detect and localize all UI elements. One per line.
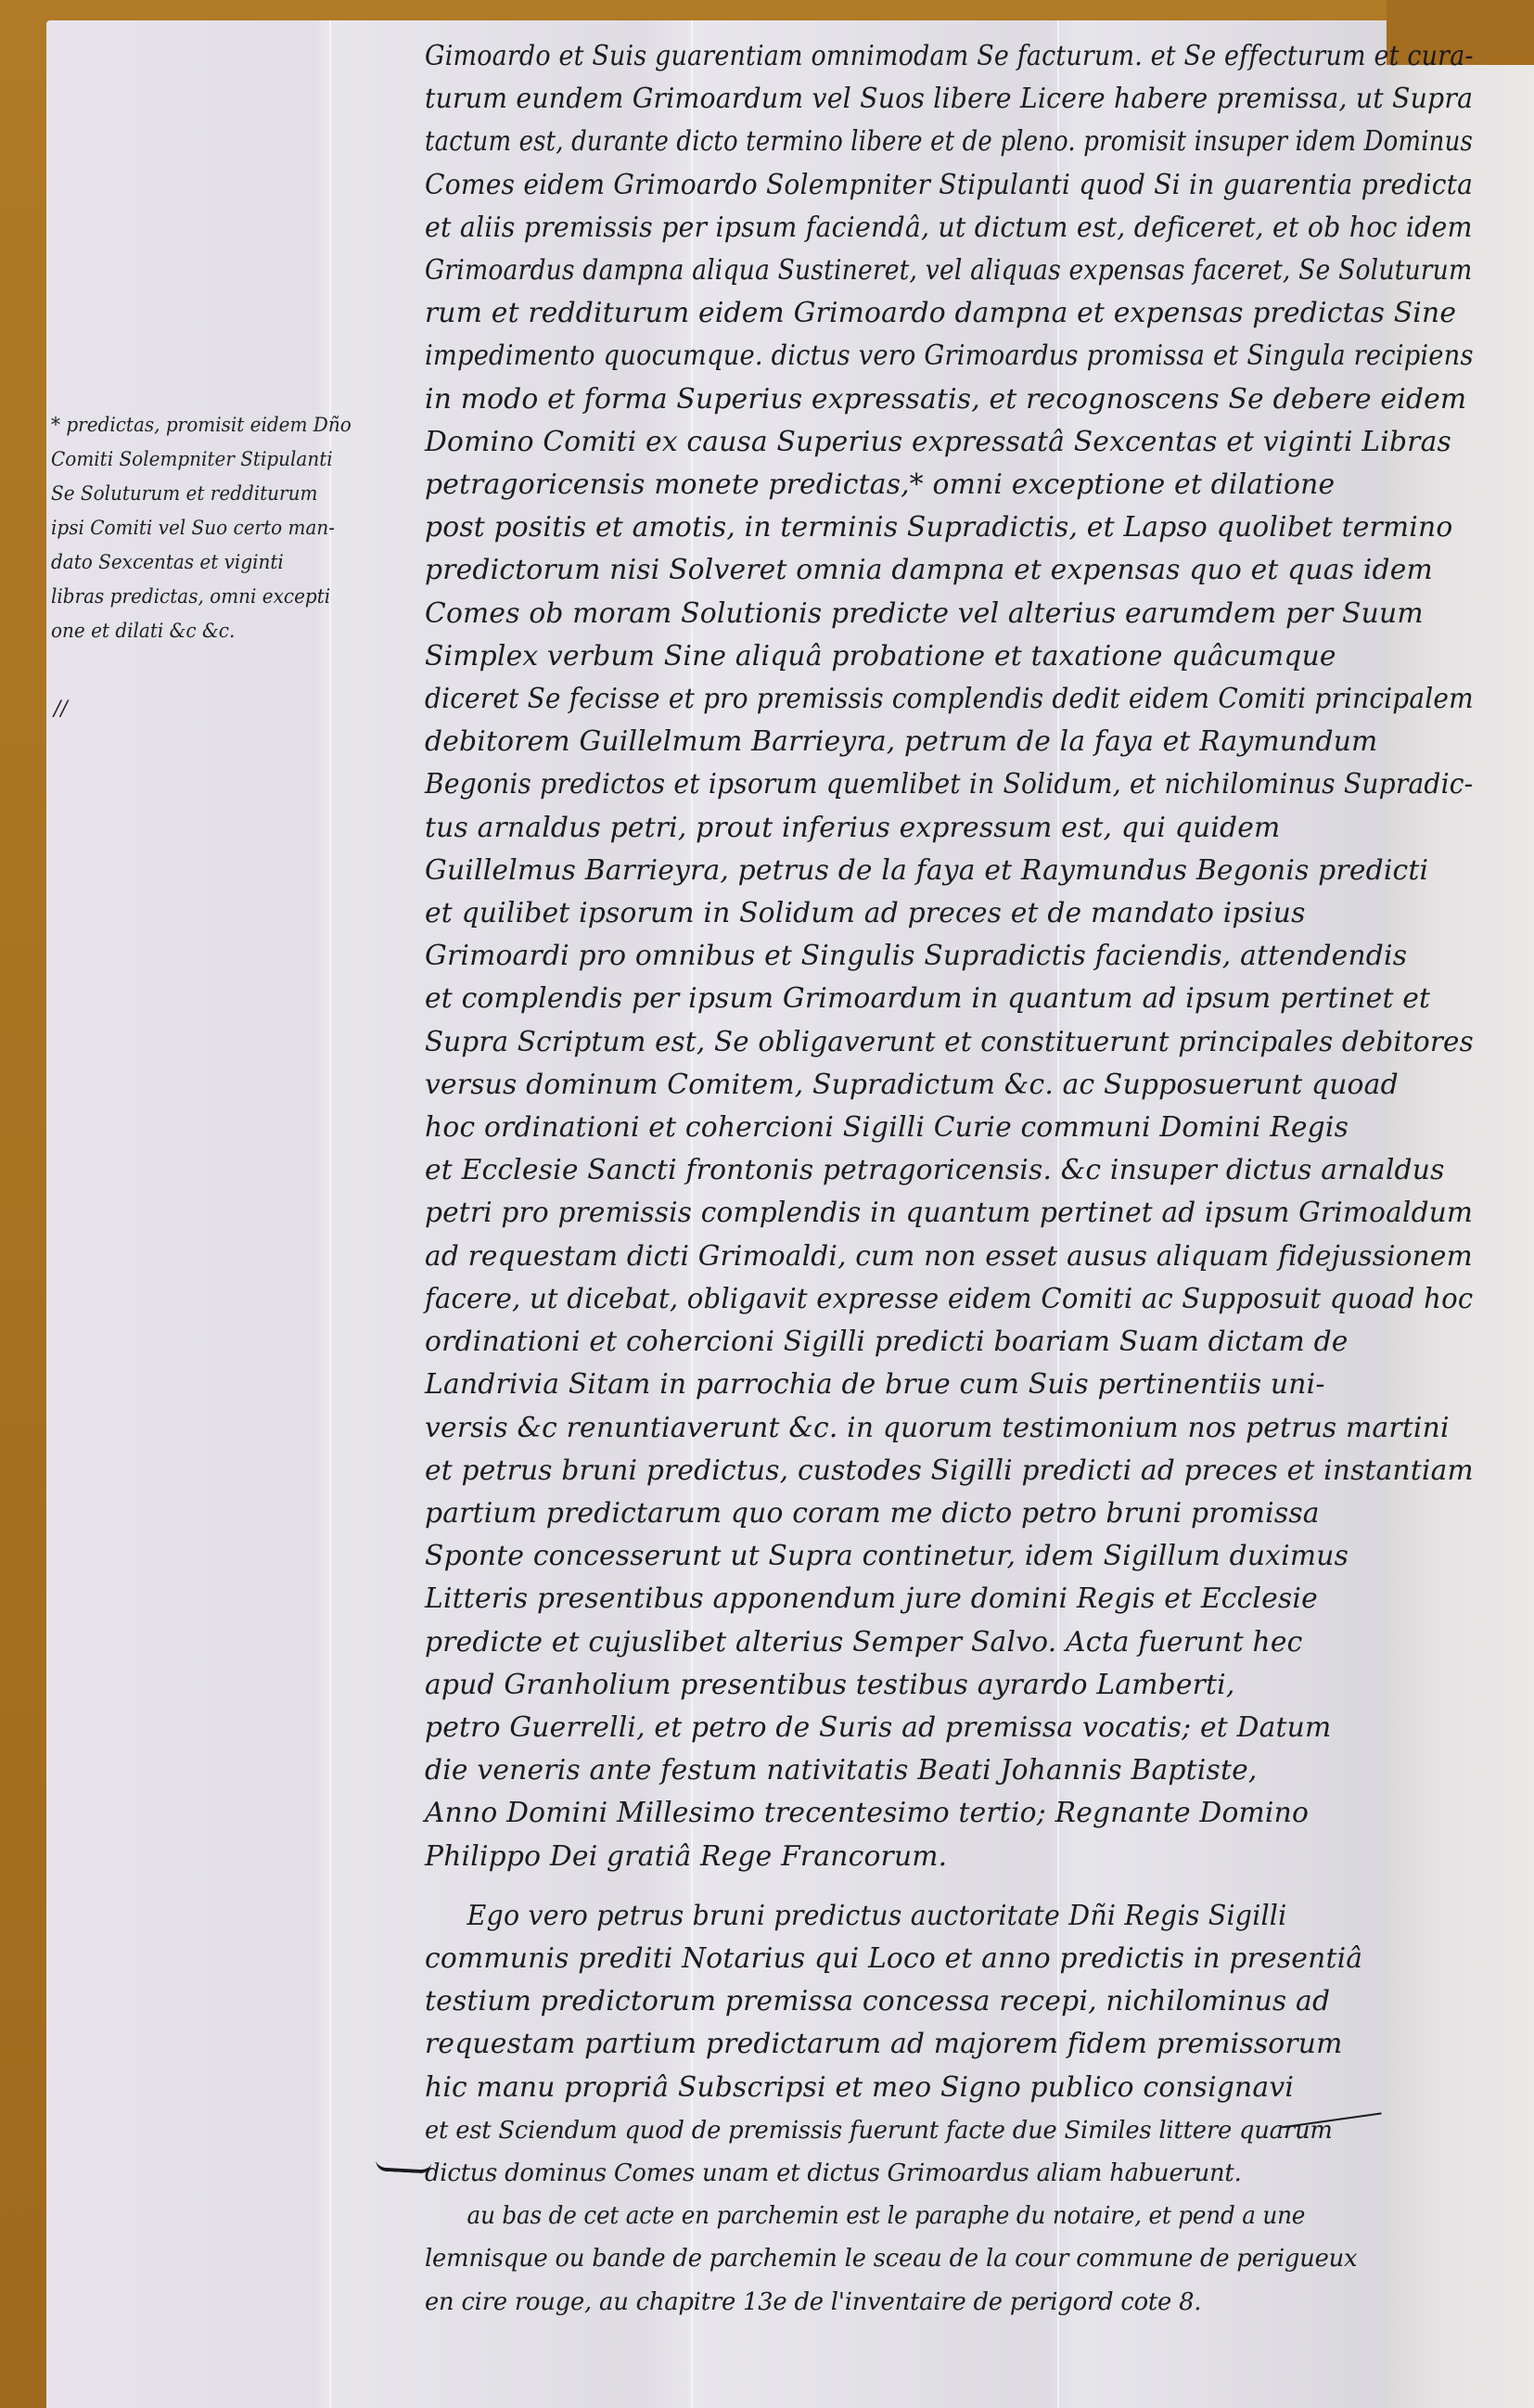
paper-fold-line	[329, 20, 331, 2408]
text-line: Comes ob moram Solutionis predicte vel a…	[425, 593, 1473, 635]
notary-line: Ego vero petrus bruni predictus auctorit…	[425, 1895, 1428, 1938]
text-line: hoc ordinationi et cohercioni Sigilli Cu…	[425, 1107, 1473, 1149]
text-line: versus dominum Comitem, Supradictum &c. …	[425, 1064, 1473, 1107]
text-line: et complendis per ipsum Grimoardum in qu…	[425, 978, 1473, 1020]
text-line: diceret Se fecisse et pro premissis comp…	[425, 678, 1410, 721]
text-line: ad requestam dicti Grimoaldi, cum non es…	[425, 1236, 1467, 1278]
margin-line: Se Soluturum et redditurum	[51, 477, 422, 511]
text-line: et petrus bruni predictus, custodes Sigi…	[425, 1450, 1470, 1492]
text-line: et Ecclesie Sancti frontonis petragorice…	[425, 1149, 1473, 1192]
text-line: ordinationi et cohercioni Sigilli predic…	[425, 1321, 1473, 1364]
text-line: Guillelmus Barrieyra, petrus de la faya …	[425, 850, 1473, 892]
text-line: Domino Comiti ex causa Superius expressa…	[425, 421, 1473, 464]
text-line: rum et redditurum eidem Grimoardo dampna…	[425, 292, 1473, 335]
text-line: Litteris presentibus apponendum jure dom…	[425, 1578, 1473, 1620]
text-line: Begonis predictos et ipsorum quemlibet i…	[425, 763, 1415, 806]
french-note-line: en cire rouge, au chapitre 13e de l'inve…	[425, 2281, 1473, 2324]
text-line: Supra Scriptum est, Se obligaverunt et c…	[425, 1021, 1459, 1064]
text-line: post positis et amotis, in terminis Supr…	[425, 506, 1473, 549]
text-line: apud Granholium presentibus testibus ayr…	[425, 1664, 1473, 1707]
text-line: Comes eidem Grimoardo Solempniter Stipul…	[425, 164, 1416, 207]
french-note-line: lemnisque ou bande de parchemin le sceau…	[425, 2237, 1473, 2280]
text-line: predictorum nisi Solveret omnia dampna e…	[425, 549, 1473, 592]
text-line: tactum est, durante dicto termino libere…	[425, 121, 1339, 163]
text-line: Gimoardo et Suis guarentiam omnimodam Se…	[425, 35, 1374, 78]
notary-line: hic manu propriâ Subscripsi et meo Signo…	[425, 2067, 1473, 2109]
text-line: turum eundem Grimoardum vel Suos libere …	[425, 78, 1423, 121]
margin-note: * predictas, promisit eidem Dño Comiti S…	[51, 408, 441, 648]
text-line: Grimoardus dampna aliqua Sustineret, vel…	[425, 250, 1361, 292]
notary-line: communis prediti Notarius qui Loco et an…	[425, 1938, 1473, 1980]
text-line: tus arnaldus petri, prout inferius expre…	[425, 807, 1473, 850]
text-line: Simplex verbum Sine aliquâ probatione et…	[425, 635, 1473, 678]
text-line: Anno Domini Millesimo trecentesimo terti…	[425, 1792, 1473, 1835]
text-line: die veneris ante festum nativitatis Beat…	[425, 1749, 1473, 1792]
margin-line: dato Sexcentas et viginti	[51, 545, 422, 580]
text-line: impedimento quocumque. dictus vero Grimo…	[425, 335, 1388, 378]
margin-line: libras predictas, omni excepti	[51, 580, 422, 614]
text-line: predicte et cujuslibet alterius Semper S…	[425, 1621, 1473, 1664]
text-line: petro Guerrelli, et petro de Suris ad pr…	[425, 1707, 1473, 1749]
margin-line: ipsi Comiti vel Suo certo man-	[51, 511, 422, 545]
text-line: versis &c renuntiaverunt &c. in quorum t…	[425, 1407, 1473, 1450]
text-line: et quilibet ipsorum in Solidum ad preces…	[425, 892, 1473, 935]
margin-line: * predictas, promisit eidem Dño	[51, 408, 422, 442]
text-line: facere, ut dicebat, obligavit expresse e…	[425, 1278, 1451, 1321]
notary-line: et est Sciendum quod de premissis fuerun…	[425, 2109, 1473, 2152]
text-line: petragoricensis monete predictas,* omni …	[425, 464, 1473, 506]
text-line: partium predictarum quo coram me dicto p…	[425, 1492, 1473, 1535]
notary-line: testium predictorum premissa concessa re…	[425, 1980, 1473, 2023]
margin-line: one et dilati &c &c.	[51, 614, 422, 648]
notary-line: requestam partium predictarum ad majorem…	[425, 2023, 1473, 2066]
text-line: et aliis premissis per ipsum faciendâ, u…	[425, 207, 1426, 250]
text-line: petri pro premissis complendis in quantu…	[425, 1192, 1466, 1235]
text-line: in modo et forma Superius expressatis, e…	[425, 378, 1473, 421]
margin-mark: //	[54, 698, 68, 721]
notary-line: dictus dominus Comes unam et dictus Grim…	[425, 2152, 1473, 2195]
text-line: Philippo Dei gratiâ Rege Francorum.	[425, 1836, 1473, 1878]
french-note-line: au bas de cet acte en parchemin est le p…	[425, 2195, 1428, 2237]
text-line: Sponte concesserunt ut Supra continetur,…	[425, 1535, 1473, 1578]
text-line: debitorem Guillelmum Barrieyra, petrum d…	[425, 721, 1473, 763]
text-line: Landrivia Sitam in parrochia de brue cum…	[425, 1364, 1473, 1406]
main-text-body: Gimoardo et Suis guarentiam omnimodam Se…	[425, 35, 1482, 2324]
margin-line: Comiti Solempniter Stipulanti	[51, 442, 422, 477]
text-line: Grimoardi pro omnibus et Singulis Suprad…	[425, 935, 1473, 978]
